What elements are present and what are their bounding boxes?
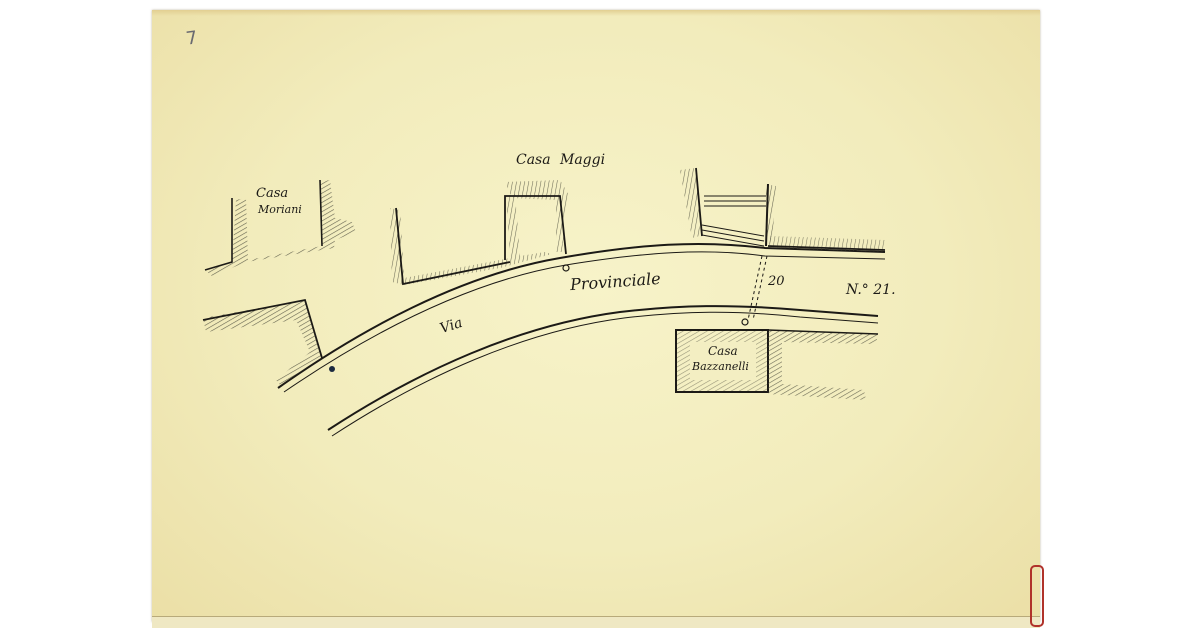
label-casa-moriani-line2: Moriani <box>258 203 302 216</box>
wall-gate-section <box>680 168 885 325</box>
label-casa-bazzanelli-line2: Bazzanelli <box>692 360 749 373</box>
binding-cord <box>1030 565 1044 627</box>
building-left-lower <box>203 300 335 385</box>
road-number-label: N.° 21. <box>846 282 896 298</box>
label-casa-maggi-line2: Maggi <box>560 152 605 168</box>
label-casa-moriani-line1: Casa <box>256 186 288 201</box>
distance-mark: 20 <box>768 274 785 289</box>
label-casa-bazzanelli-line1: Casa <box>708 344 738 358</box>
label-casa-maggi-line1: Casa <box>516 152 551 168</box>
road-south-edge <box>328 306 878 436</box>
survey-point-marker <box>329 366 335 372</box>
map-drawing <box>0 0 1200 628</box>
